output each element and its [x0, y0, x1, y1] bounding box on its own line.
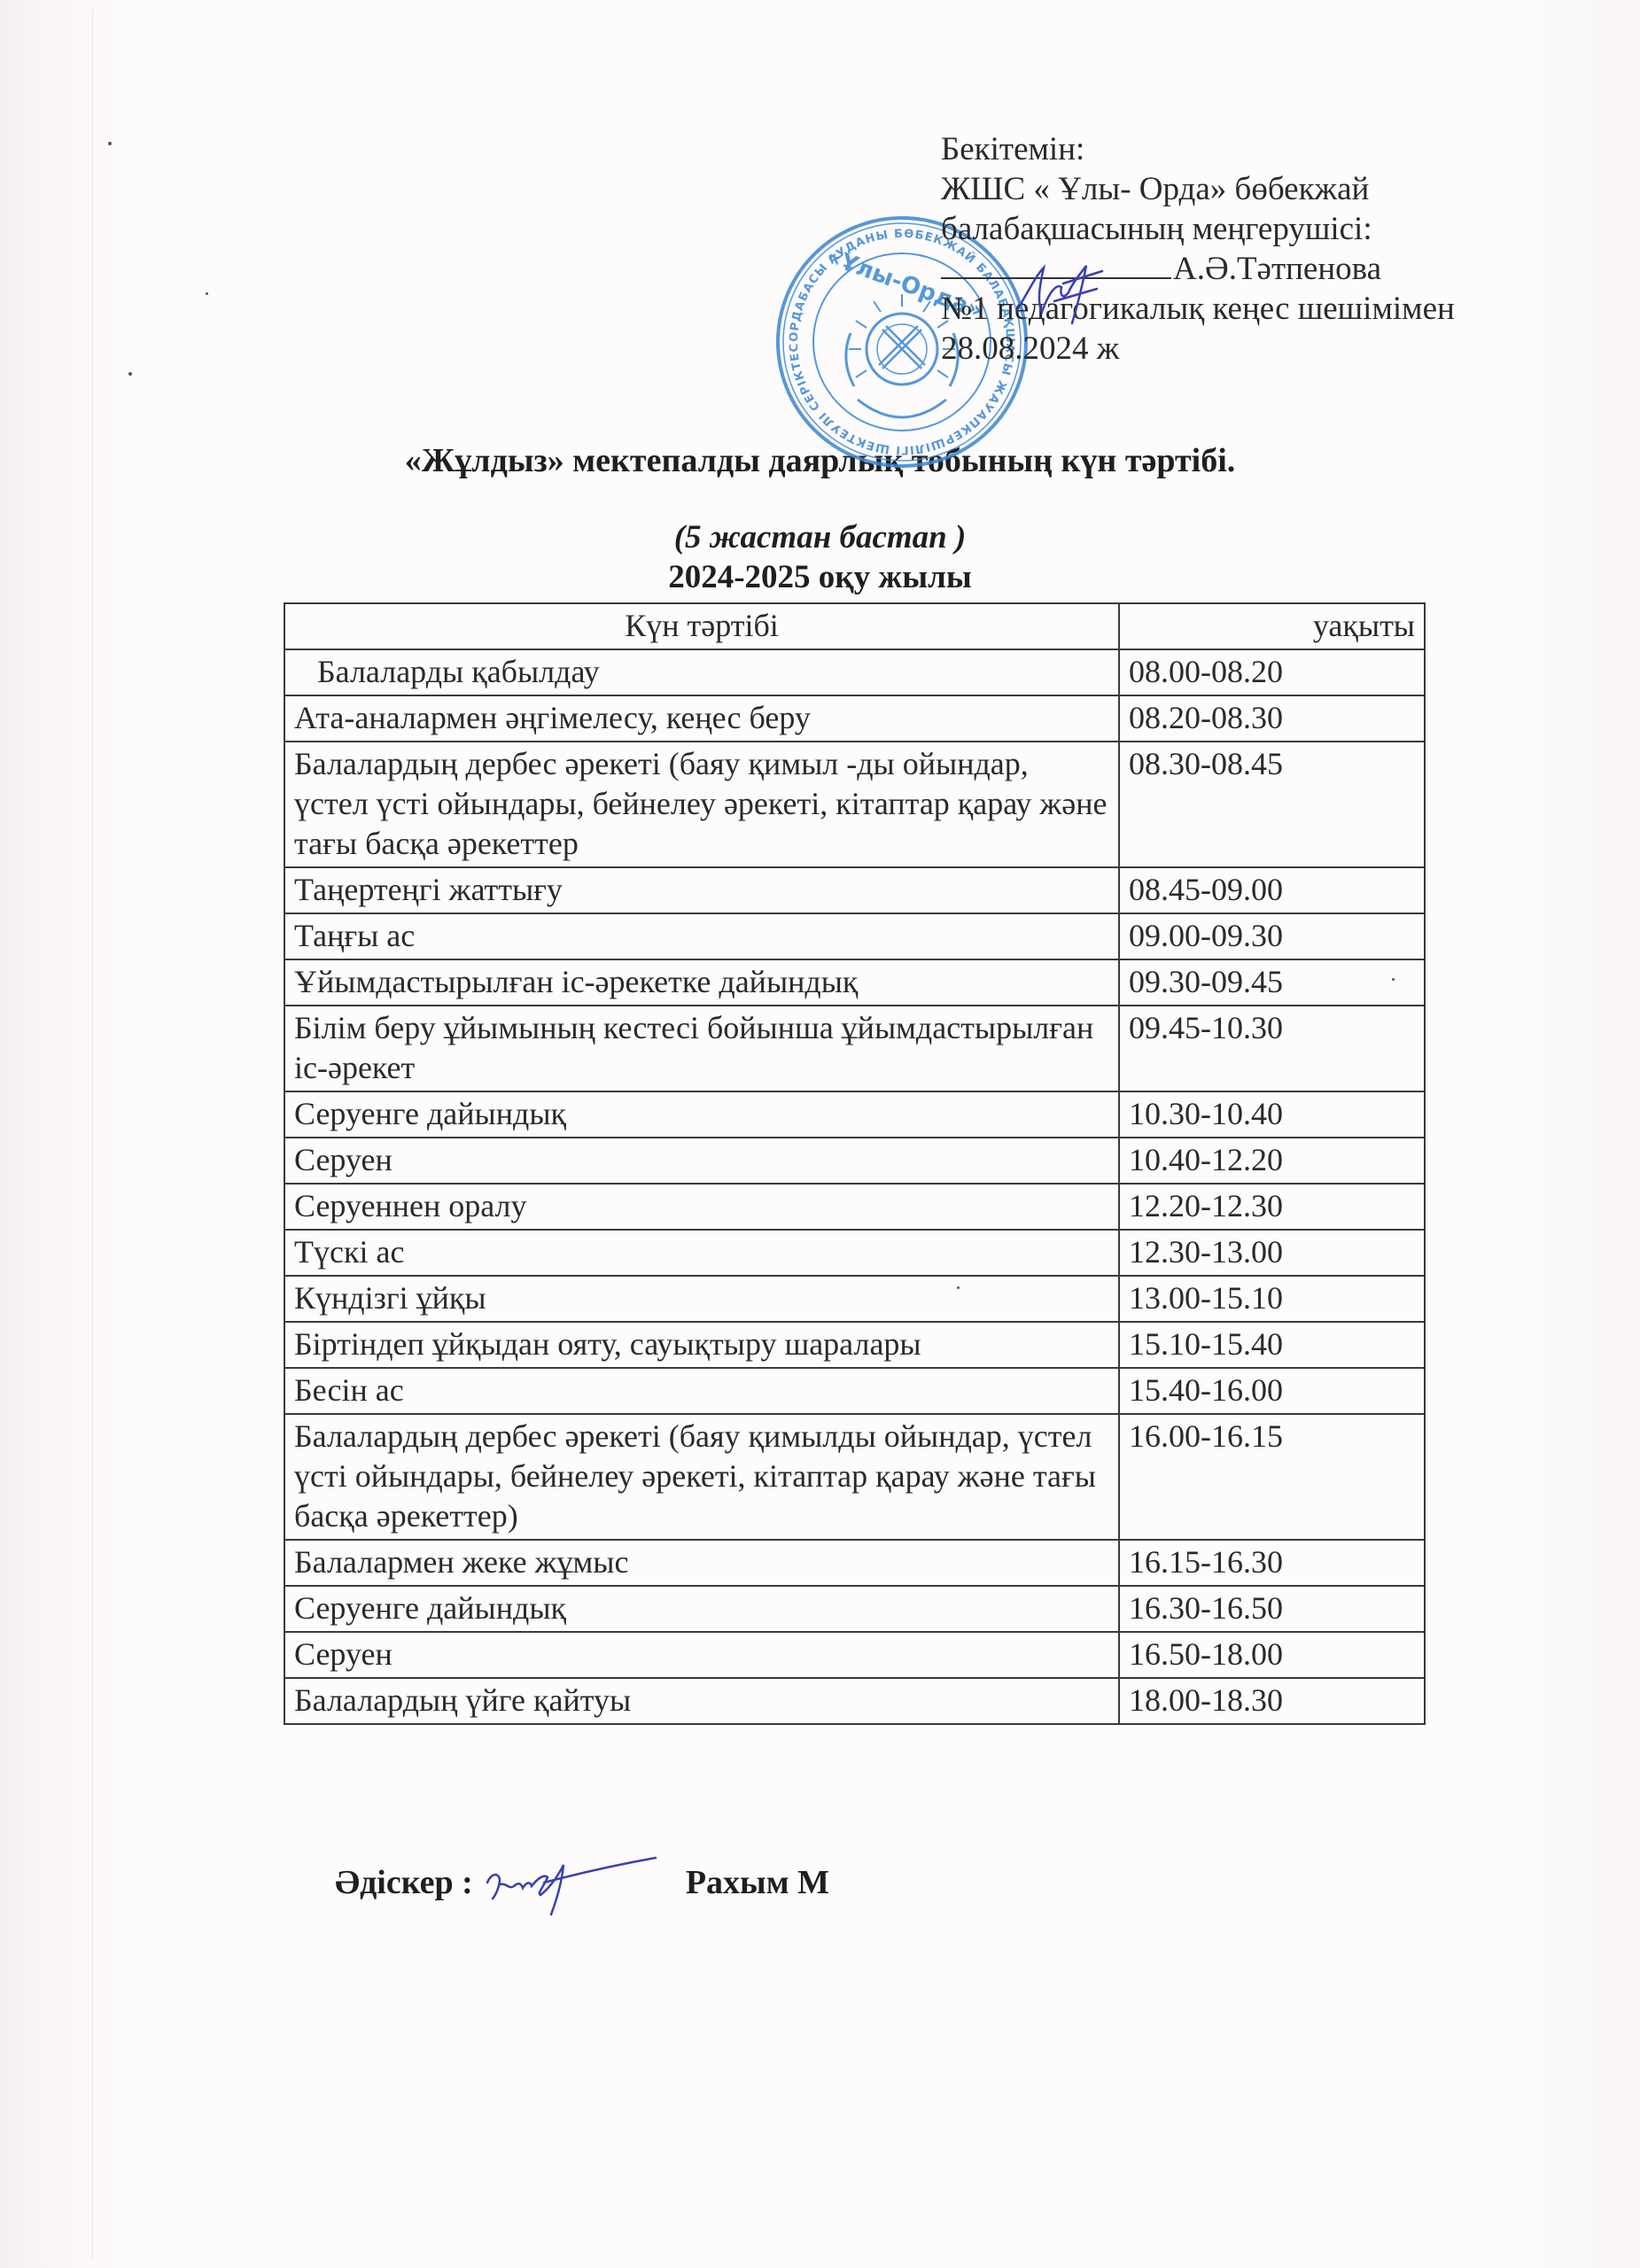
activity-cell: Бесін ас — [284, 1368, 1119, 1414]
activity-cell: Серуенге дайындық — [284, 1091, 1119, 1138]
activity-cell: Білім беру ұйымының кестесі бойынша ұйым… — [284, 1006, 1119, 1091]
activity-cell: Балалардың дербес әрекеті (баяу қимыл -д… — [284, 742, 1119, 867]
time-cell: 08.45-09.00 — [1119, 867, 1425, 913]
time-cell: 15.10-15.40 — [1119, 1322, 1425, 1368]
approval-name: А.Ә.Тәтпенова — [1173, 251, 1381, 287]
header-activity: Күн тәртібі — [284, 603, 1119, 649]
time-cell: 09.30-09.45 — [1119, 959, 1425, 1006]
time-cell: 18.00-18.30 — [1119, 1678, 1425, 1724]
activity-cell: Серуенге дайындық — [284, 1586, 1119, 1632]
scan-speck — [108, 142, 112, 145]
header-time: уақыты — [1119, 603, 1425, 649]
table-row: Ұйымдастырылған іс-әрекетке дайындық09.3… — [284, 959, 1425, 1006]
table-row: Бесін ас15.40-16.00 — [284, 1368, 1425, 1414]
time-cell: 13.00-15.10 — [1119, 1276, 1425, 1322]
table-row: Балаларды қабылдау08.00-08.20 — [284, 649, 1425, 695]
time-cell: 16.00-16.15 — [1119, 1414, 1425, 1540]
table-row: Балалардың дербес әрекеті (баяу қимыл -д… — [284, 742, 1425, 867]
table-row: Серуенге дайындық10.30-10.40 — [284, 1091, 1425, 1138]
approval-block: Бекітемін: ЖШС « Ұлы- Орда» бөбекжай бал… — [941, 129, 1455, 369]
page-edge-shadow — [92, 9, 93, 2259]
table-row: Таңертеңгі жаттығу08.45-09.00 — [284, 867, 1425, 913]
activity-cell: Серуен — [284, 1632, 1119, 1678]
table-row: Таңғы ас09.00-09.30 — [284, 913, 1425, 959]
table-row: Серуенге дайындық16.30-16.50 — [284, 1586, 1425, 1632]
table-row: Балалармен жеке жұмыс16.15-16.30 — [284, 1540, 1425, 1586]
table-row: Балалардың дербес әрекеті (баяу қимылды … — [284, 1414, 1425, 1540]
time-cell: 10.40-12.20 — [1119, 1138, 1425, 1184]
table-row: Балалардың үйге қайтуы18.00-18.30 — [284, 1678, 1425, 1724]
activity-cell: Түскі ас — [284, 1230, 1119, 1276]
activity-cell: Балаларды қабылдау — [284, 649, 1119, 695]
activity-cell: Таңертеңгі жаттығу — [284, 867, 1119, 913]
table-row: Біртіндеп ұйқыдан ояту, сауықтыру шарала… — [284, 1322, 1425, 1368]
approval-heading: Бекітемін: — [941, 129, 1455, 169]
approval-date: 28.08.2024 ж — [941, 329, 1455, 369]
activity-cell: Балалармен жеке жұмыс — [284, 1540, 1119, 1586]
activity-cell: Біртіндеп ұйқыдан ояту, сауықтыру шарала… — [284, 1322, 1119, 1368]
activity-cell: Серуен — [284, 1138, 1119, 1184]
scan-speck — [128, 372, 132, 376]
time-cell: 15.40-16.00 — [1119, 1368, 1425, 1414]
activity-cell: Ата-аналармен әңгімелесу, кеңес беру — [284, 695, 1119, 742]
time-cell: 09.45-10.30 — [1119, 1006, 1425, 1091]
time-cell: 12.30-13.00 — [1119, 1230, 1425, 1276]
director-signature-icon — [1010, 257, 1108, 328]
activity-cell: Балалардың дербес әрекеті (баяу қимылды … — [284, 1414, 1119, 1540]
age-subtitle: (5 жастан бастап ) — [0, 518, 1640, 556]
time-cell: 09.00-09.30 — [1119, 913, 1425, 959]
time-cell: 08.00-08.20 — [1119, 649, 1425, 695]
approval-position: балабақшасының меңгерушісі: — [941, 209, 1455, 249]
time-cell: 08.20-08.30 — [1119, 695, 1425, 742]
table-row: Серуеннен оралу12.20-12.30 — [284, 1184, 1425, 1230]
methodologist-signature-icon — [482, 1847, 659, 1918]
time-cell: 10.30-10.40 — [1119, 1091, 1425, 1138]
table-row: Күндізгі ұйқы13.00-15.10 — [284, 1276, 1425, 1322]
table-header-row: Күн тәртібі уақыты — [284, 603, 1425, 649]
scan-speck — [206, 292, 208, 295]
time-cell: 16.30-16.50 — [1119, 1586, 1425, 1632]
methodologist-footer: Әдіскер : Рахым М — [335, 1847, 829, 1918]
time-cell: 16.50-18.00 — [1119, 1632, 1425, 1678]
activity-cell: Күндізгі ұйқы — [284, 1276, 1119, 1322]
activity-cell: Серуеннен оралу — [284, 1184, 1119, 1230]
table-row: Білім беру ұйымының кестесі бойынша ұйым… — [284, 1006, 1425, 1091]
academic-year: 2024-2025 оқу жылы — [0, 558, 1640, 596]
time-cell: 12.20-12.30 — [1119, 1184, 1425, 1230]
table-row: Түскі ас12.30-13.00 — [284, 1230, 1425, 1276]
time-cell: 16.15-16.30 — [1119, 1540, 1425, 1586]
activity-cell: Таңғы ас — [284, 913, 1119, 959]
methodologist-name: Рахым М — [686, 1863, 829, 1902]
daily-schedule-table: Күн тәртібі уақыты Балаларды қабылдау08.… — [284, 602, 1426, 1725]
table-row: Ата-аналармен әңгімелесу, кеңес беру08.2… — [284, 695, 1425, 742]
table-row: Серуен16.50-18.00 — [284, 1632, 1425, 1678]
activity-cell: Балалардың үйге қайтуы — [284, 1678, 1119, 1724]
time-cell: 08.30-08.45 — [1119, 742, 1425, 867]
approval-organization: ЖШС « Ұлы- Орда» бөбекжай — [941, 169, 1455, 209]
table-body: Балаларды қабылдау08.00-08.20Ата-аналарм… — [284, 649, 1425, 1724]
table-row: Серуен10.40-12.20 — [284, 1138, 1425, 1184]
methodologist-label: Әдіскер : — [335, 1863, 473, 1902]
scanned-page: Бекітемін: ЖШС « Ұлы- Орда» бөбекжай бал… — [0, 0, 1640, 2268]
activity-cell: Ұйымдастырылған іс-әрекетке дайындық — [284, 959, 1119, 1006]
